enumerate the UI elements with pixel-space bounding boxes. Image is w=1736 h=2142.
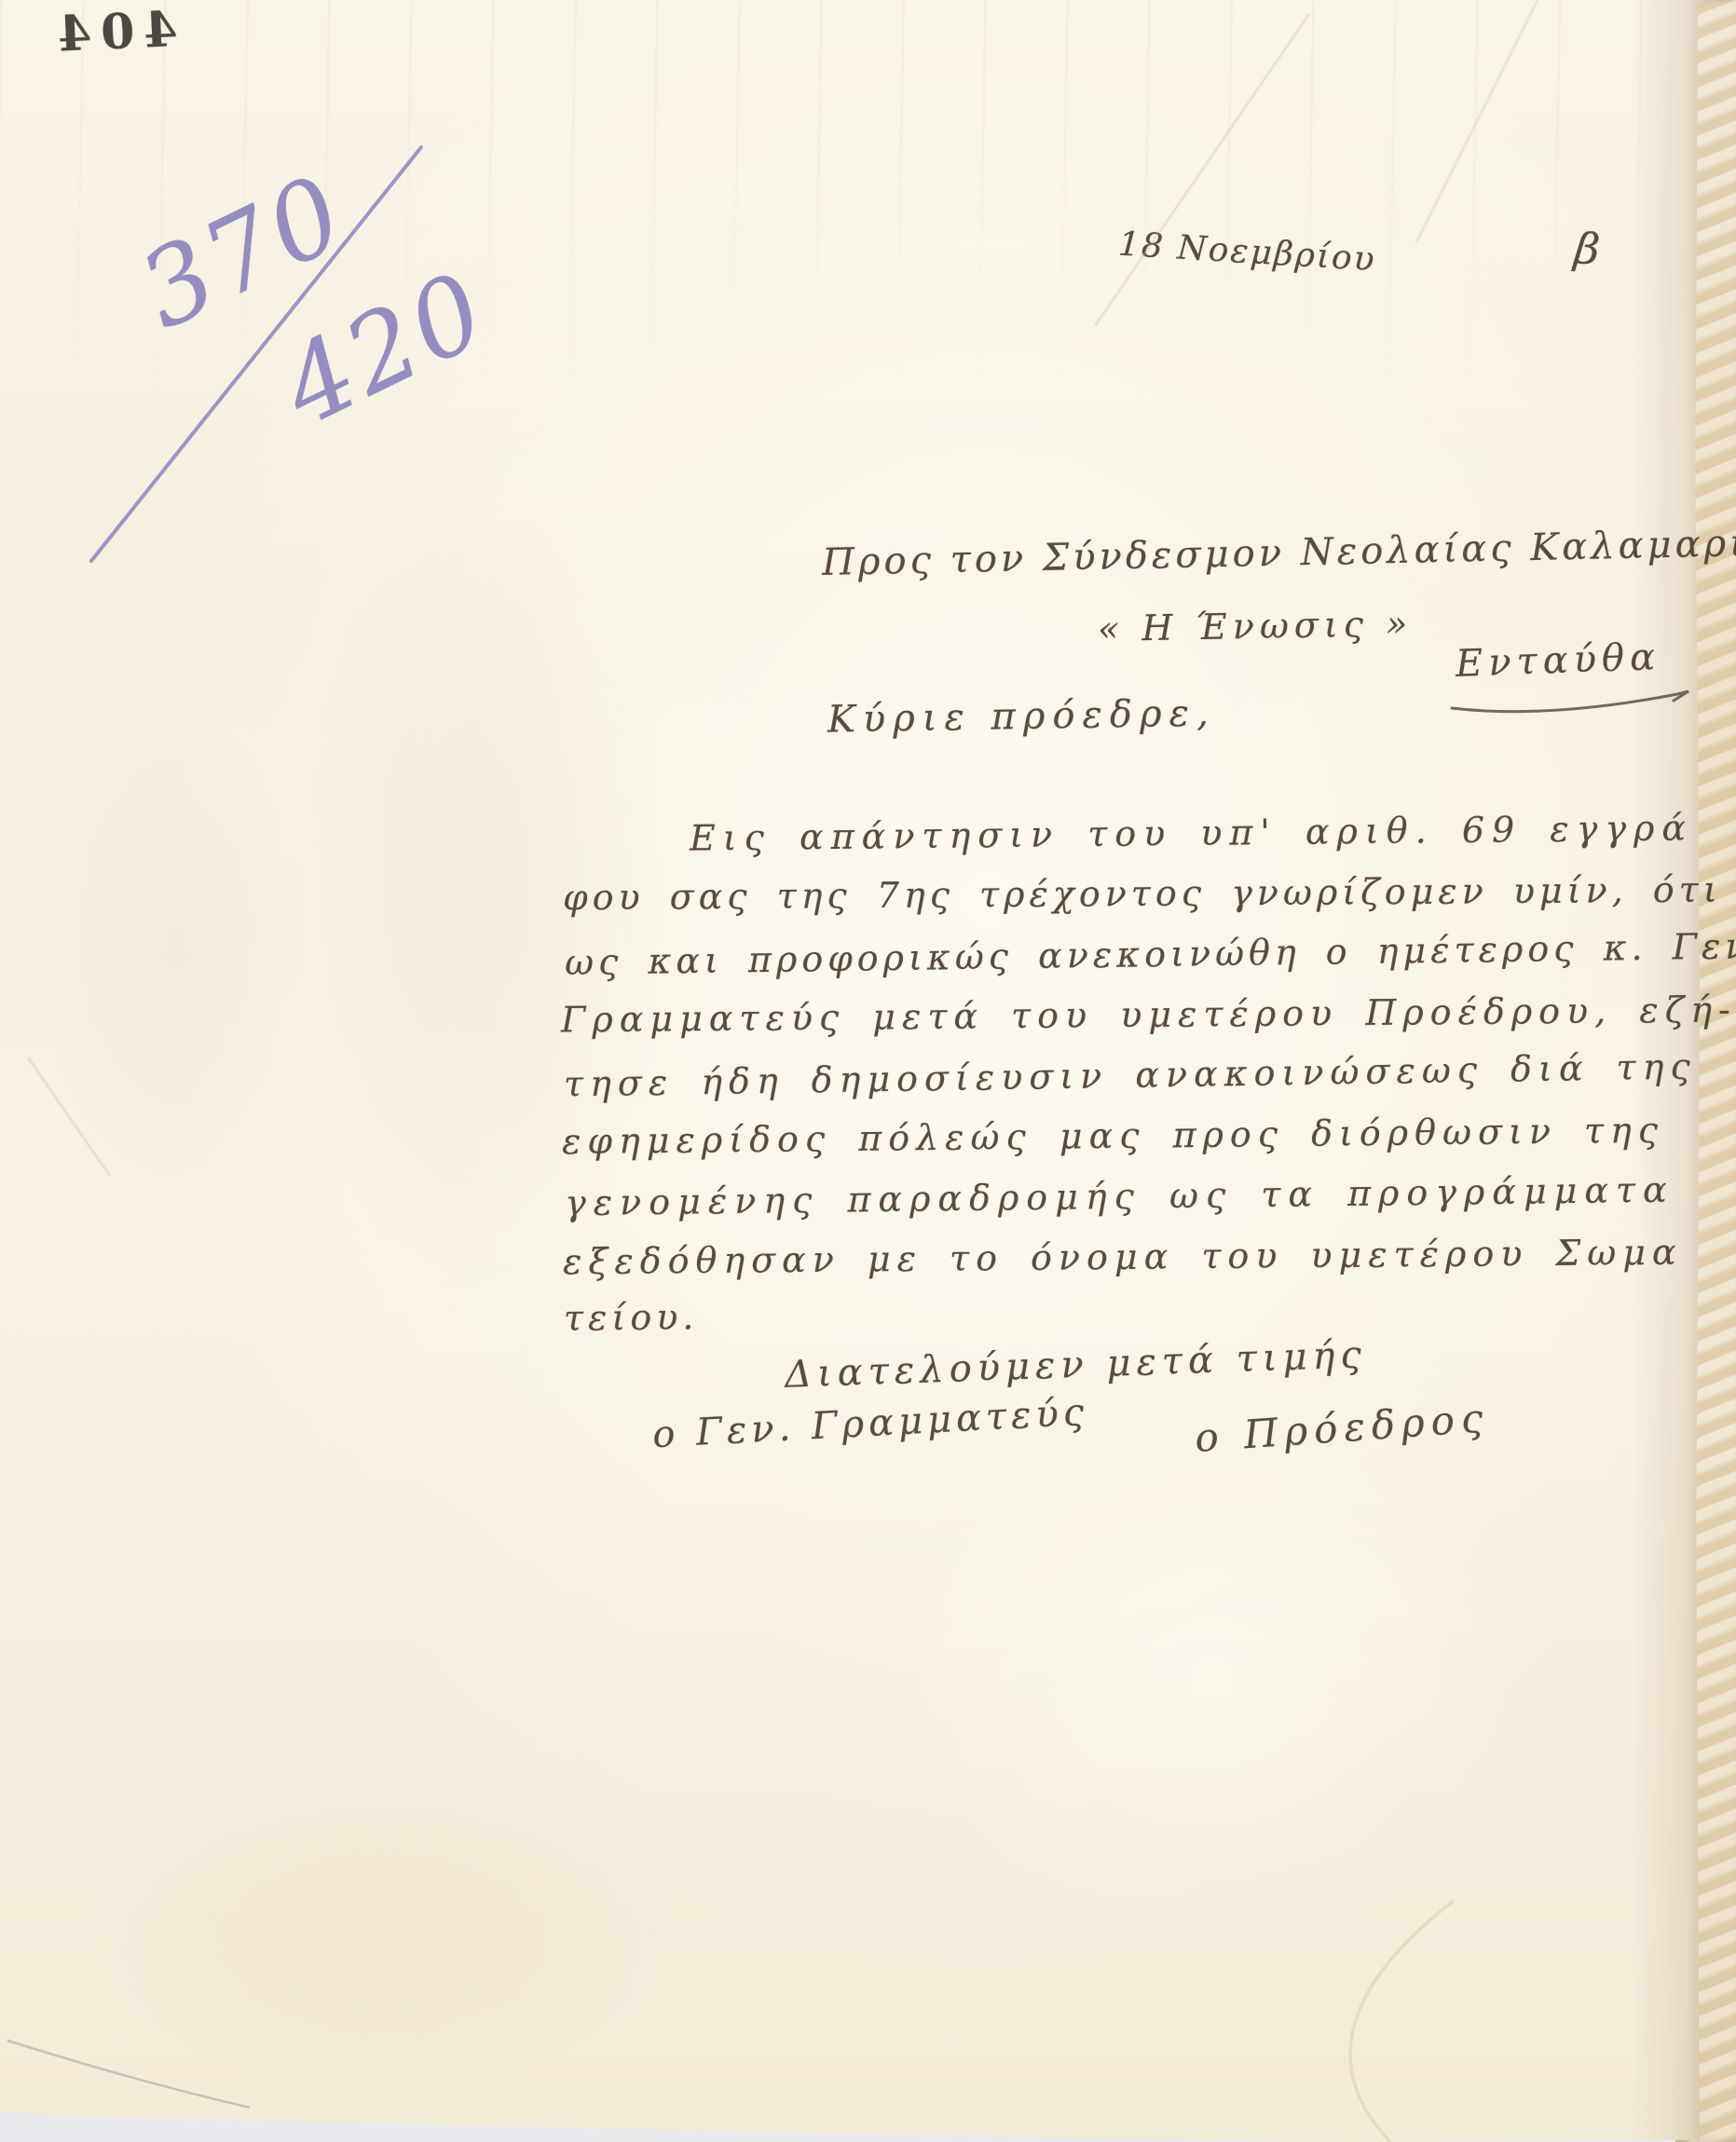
year-mark: β	[1572, 223, 1602, 275]
salutation-text: Κύριε πρόεδρε,	[827, 691, 1216, 741]
scanned-letter-page: 404 370 420 18 Νοεμβρίου β Προς τον Σύνδ…	[0, 0, 1736, 2142]
body-line: φου σας της 7ης τρέχοντος γνωρίζομεν υμί…	[563, 869, 1722, 919]
recipient-line-association-name: « Η Ένωσις »	[1098, 603, 1414, 649]
recipient-line-place: Ενταύθα	[1455, 635, 1661, 686]
page-number-stamp: 404	[48, 1, 179, 63]
body-line: τείου.	[564, 1296, 699, 1339]
